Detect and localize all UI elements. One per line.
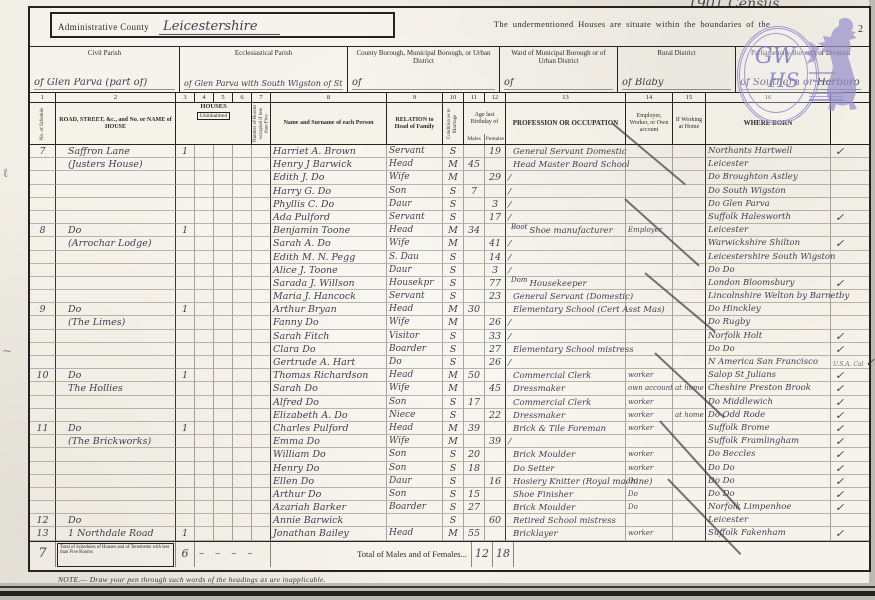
check-cell: ✓ — [831, 462, 869, 475]
occupation-text: General Servant (Domestic) — [513, 292, 633, 302]
occupation-cell: Retired School mistress — [506, 514, 626, 527]
where-born-cell: N America San Francisco — [706, 356, 831, 369]
where-born-cell: Salop St Julians — [706, 369, 831, 382]
uninhabited-notoccupied-cell — [214, 158, 233, 171]
age-male-cell — [464, 514, 485, 527]
occupation-text: Dressmaker — [513, 384, 565, 394]
working-at-home-cell — [673, 158, 706, 171]
age-female-cell — [485, 369, 506, 382]
road-house-cell — [56, 343, 176, 356]
working-at-home-cell — [673, 264, 706, 277]
relation-cell: Niece — [387, 409, 443, 422]
age-male-cell — [464, 343, 485, 356]
uninhabited-occupied-cell — [195, 224, 214, 237]
relation-cell: Head — [387, 303, 443, 316]
page-number: 2 — [858, 24, 863, 35]
age-male-cell — [464, 475, 485, 488]
condition-cell: S — [443, 448, 464, 461]
pen-mark: ∕ — [507, 251, 511, 264]
road-house-cell: Do — [56, 422, 176, 435]
inhabited-cell — [176, 251, 195, 264]
uninhabited-notoccupied-cell — [214, 396, 233, 409]
uninhabited-occupied-cell — [195, 382, 214, 395]
relation-cell: Housekpr — [387, 277, 443, 290]
occupation-cell: ∕ — [506, 251, 626, 264]
inhabited-cell — [176, 356, 195, 369]
column-header-row: 1 No. of Schedule 2 ROAD, STREET, &c., a… — [30, 93, 869, 145]
occupation-text: Commercial Clerk — [513, 371, 591, 381]
age-male-cell — [464, 382, 485, 395]
check-cell — [831, 303, 869, 316]
check-cell: ✓ — [831, 422, 869, 435]
occupation-cell: Brick Moulder — [506, 448, 626, 461]
road-house-cell: (The Limes) — [56, 316, 176, 329]
where-born-cell: Do Do — [706, 475, 831, 488]
road-house-cell: Do — [56, 514, 176, 527]
condition-cell: S — [443, 488, 464, 501]
age-female-cell: 33 — [485, 330, 506, 343]
check-cell: ✓ — [831, 369, 869, 382]
road-house-cell — [56, 185, 176, 198]
check-cell — [831, 514, 869, 527]
occupation-cell: ∕ — [506, 198, 626, 211]
occupation-cell: ∕ — [506, 316, 626, 329]
age-male-cell: 27 — [464, 501, 485, 514]
occupation-text: Head Master Board School — [513, 160, 630, 170]
col-margin — [831, 93, 869, 144]
inhabited-cell: 1 — [176, 224, 195, 237]
rooms-cell — [252, 330, 271, 343]
age-male-cell — [464, 198, 485, 211]
uninhabited-occupied-cell — [195, 488, 214, 501]
rooms-cell — [252, 185, 271, 198]
age-female-cell: 29 — [485, 171, 506, 184]
employer-cell: Do — [626, 488, 673, 501]
age-male-cell — [464, 435, 485, 448]
tick-mark: ✓ — [835, 382, 844, 395]
occupation-text: Housekeeper — [529, 279, 586, 289]
parliamentary-value: of Southern or Harboro — [740, 78, 861, 90]
schedule-number: 7 — [30, 145, 56, 158]
relation-cell: Head — [387, 422, 443, 435]
building-cell — [233, 264, 252, 277]
person-name: Ellen Do — [271, 475, 387, 488]
building-cell — [233, 303, 252, 316]
totals-row: 7 Total of Schedules of Houses and of Te… — [30, 541, 869, 567]
where-born-cell: Do Broughton Astley — [706, 171, 831, 184]
col-num-10: 10 — [443, 93, 463, 103]
tick-mark: ✓ — [835, 369, 844, 382]
schedule-number — [30, 185, 56, 198]
check-cell: ✓ — [831, 527, 869, 540]
road-house-cell: (The Brickworks) — [56, 435, 176, 448]
person-name: Gertrude A. Hart — [271, 356, 387, 369]
schedule-number — [30, 264, 56, 277]
occupation-cell: Brick Moulder — [506, 501, 626, 514]
occupation-correction: Boot — [511, 223, 527, 231]
relation-cell: Daur — [387, 264, 443, 277]
occupation-text: Shoe Finisher — [513, 490, 573, 500]
age-female-cell — [485, 527, 506, 540]
occupation-cell: ∕ — [506, 171, 626, 184]
building-cell — [233, 158, 252, 171]
age-subheaders: Males Females — [464, 134, 505, 144]
inhabited-cell — [176, 264, 195, 277]
rooms-cell — [252, 435, 271, 448]
occupation-cell: Elementary School (Cert Asst Mas) — [506, 303, 626, 316]
schedule-number — [30, 171, 56, 184]
working-at-home-cell — [673, 237, 706, 250]
uninhabited-occupied-cell — [195, 369, 214, 382]
where-born-cell: Do Hinckley — [706, 303, 831, 316]
schedule-number — [30, 356, 56, 369]
tick-mark: ✓ — [835, 475, 844, 488]
age-male-cell: 34 — [464, 224, 485, 237]
age-female-cell — [485, 158, 506, 171]
rooms-cell — [252, 303, 271, 316]
tick-mark: ✓ — [835, 448, 844, 461]
col-num-9: 9 — [387, 93, 442, 103]
parliamentary-label: Parliamentary Borough or Division — [739, 49, 862, 57]
where-born-cell: Warwickshire Shilton — [706, 237, 831, 250]
condition-cell: M — [443, 158, 464, 171]
building-cell — [233, 171, 252, 184]
age-female-cell: 60 — [485, 514, 506, 527]
rooms-cell — [252, 356, 271, 369]
where-born-cell: Do Glen Parva — [706, 198, 831, 211]
check-cell: ✓ — [831, 448, 869, 461]
rooms-cell — [252, 475, 271, 488]
tick-mark: ✓ — [835, 422, 844, 435]
uninhabited-notoccupied-cell — [214, 448, 233, 461]
relation-cell: S. Dau — [387, 251, 443, 264]
relation-cell: Wife — [387, 382, 443, 395]
col-num-12: 12 — [485, 93, 505, 102]
occupation-cell: Head Master Board School — [506, 158, 626, 171]
building-cell — [233, 198, 252, 211]
civil-parish-label: Civil Parish — [33, 49, 176, 57]
relation-cell: Son — [387, 448, 443, 461]
col-occupation: 13 PROFESSION OR OCCUPATION — [506, 93, 626, 144]
occupation-text: General Servant Domestic — [513, 147, 627, 157]
working-at-home-cell — [673, 475, 706, 488]
check-cell: ✓ — [831, 488, 869, 501]
ward-value: of — [504, 78, 613, 90]
occupation-correction: Dom — [511, 276, 527, 284]
where-born-cell: Leicestershire South Wigston — [706, 251, 831, 264]
schedule-number: 13 — [30, 527, 56, 540]
relation-cell: Servant — [387, 290, 443, 303]
person-name: Henry J Barwick — [271, 158, 387, 171]
col-condition-label: Condition as to Marriage — [446, 103, 460, 144]
uninhabited-occupied-cell — [195, 475, 214, 488]
uninhabited-occupied-cell — [195, 251, 214, 264]
check-cell: ✓ — [831, 501, 869, 514]
working-at-home-cell — [673, 356, 706, 369]
condition-cell: S — [443, 343, 464, 356]
age-females-label: Females — [485, 134, 505, 144]
pencil-note: U.S.A. Cal — [833, 361, 863, 368]
occupation-text: Bricklayer — [513, 529, 558, 539]
age-male-cell — [464, 330, 485, 343]
check-cell: ✓ — [831, 435, 869, 448]
schedule-number — [30, 330, 56, 343]
road-house-cell — [56, 396, 176, 409]
age-male-cell: 55 — [464, 527, 485, 540]
employer-cell — [626, 330, 673, 343]
col-num-16: 16 — [706, 93, 830, 103]
working-at-home-cell — [673, 224, 706, 237]
inhabited-cell — [176, 409, 195, 422]
relation-cell: Wife — [387, 316, 443, 329]
col-num-3: 3 — [176, 93, 195, 102]
occupation-cell: ∕ — [506, 237, 626, 250]
bottom-rule-thick — [0, 591, 875, 596]
uninhabited-occupied-cell — [195, 171, 214, 184]
uninhabited-occupied-cell — [195, 145, 214, 158]
uninhabited-label: Uninhabited — [197, 112, 230, 120]
totals-box: Total of Schedules of Houses and of Tene… — [56, 542, 176, 567]
check-cell: ✓ — [831, 409, 869, 422]
relation-cell: Daur — [387, 475, 443, 488]
occupation-text: Brick Moulder — [513, 450, 575, 460]
building-cell — [233, 396, 252, 409]
totals-dashes: – – – – — [195, 542, 271, 567]
occupation-cell: ∕ — [506, 435, 626, 448]
where-born-cell: Leicester — [706, 224, 831, 237]
inhabited-cell — [176, 277, 195, 290]
uninhabited-notoccupied-cell — [214, 224, 233, 237]
rooms-cell — [252, 462, 271, 475]
check-cell: ✓ — [831, 475, 869, 488]
parliamentary-cell: Parliamentary Borough or Division of Sou… — [736, 47, 865, 92]
person-name: Sarah Fitch — [271, 330, 387, 343]
road-house-cell — [56, 264, 176, 277]
tick-mark: ✓ — [835, 145, 844, 158]
working-at-home-cell — [673, 198, 706, 211]
schedule-number — [30, 343, 56, 356]
working-at-home-cell — [673, 514, 706, 527]
condition-cell: M — [443, 382, 464, 395]
person-name: Charles Pulford — [271, 422, 387, 435]
county-borough-value: of — [352, 78, 495, 90]
ecclesiastical-parish-cell: Ecclesiastical Parish of Glen Parva with… — [180, 47, 348, 92]
person-name: Sarada J. Willson — [271, 277, 387, 290]
employer-cell — [626, 251, 673, 264]
tick-mark: ✓ — [835, 409, 844, 422]
building-cell — [233, 251, 252, 264]
road-house-cell: 1 Northdale Road — [56, 527, 176, 540]
condition-cell: S — [443, 251, 464, 264]
col-num-8: 8 — [271, 93, 386, 103]
road-house-cell — [56, 409, 176, 422]
person-name: Alfred Do — [271, 396, 387, 409]
tick-mark: ✓ — [835, 501, 844, 514]
age-male-cell: 17 — [464, 396, 485, 409]
where-born-cell: Do Do — [706, 264, 831, 277]
age-female-cell — [485, 422, 506, 435]
age-male-cell — [464, 356, 485, 369]
check-cell — [831, 198, 869, 211]
condition-cell: M — [443, 527, 464, 540]
building-cell — [233, 290, 252, 303]
inhabited-cell — [176, 514, 195, 527]
person-name: Edith J. Do — [271, 171, 387, 184]
road-house-cell — [56, 488, 176, 501]
relation-cell: Son — [387, 185, 443, 198]
building-cell — [233, 277, 252, 290]
condition-cell: M — [443, 369, 464, 382]
uninhabited-notoccupied-cell — [214, 211, 233, 224]
age-female-cell — [485, 224, 506, 237]
where-born-cell: Do Beccles — [706, 448, 831, 461]
schedule-number: 10 — [30, 369, 56, 382]
age-female-cell: 77 — [485, 277, 506, 290]
condition-cell: S — [443, 290, 464, 303]
building-cell — [233, 527, 252, 540]
condition-cell: M — [443, 303, 464, 316]
rooms-cell — [252, 396, 271, 409]
inhabited-cell — [176, 185, 195, 198]
tick-mark: ✓ — [835, 396, 844, 409]
relation-cell: Head — [387, 224, 443, 237]
where-born-cell: Lincolnshire Welton by Barnetby — [706, 290, 831, 303]
col-num-1: 1 — [30, 93, 55, 103]
age-female-cell: 14 — [485, 251, 506, 264]
rooms-cell — [252, 488, 271, 501]
uninhabited-occupied-cell — [195, 158, 214, 171]
uninhabited-occupied-cell — [195, 409, 214, 422]
age-male-cell: 18 — [464, 462, 485, 475]
age-male-cell — [464, 316, 485, 329]
road-house-cell — [56, 501, 176, 514]
age-female-cell: 26 — [485, 316, 506, 329]
uninhabited-occupied-cell — [195, 198, 214, 211]
schedule-number — [30, 462, 56, 475]
age-female-cell: 22 — [485, 409, 506, 422]
uninhabited-notoccupied-cell — [214, 475, 233, 488]
building-cell — [233, 237, 252, 250]
building-cell — [233, 448, 252, 461]
tick-mark: ✓ — [835, 330, 844, 343]
age-male-cell — [464, 251, 485, 264]
col-rooms: 7 Number of Rooms occupied if less than … — [252, 93, 271, 144]
uninhabited-notoccupied-cell — [214, 290, 233, 303]
age-female-cell — [485, 303, 506, 316]
rooms-cell — [252, 277, 271, 290]
check-cell — [831, 316, 869, 329]
where-born-cell: Cheshire Preston Brook — [706, 382, 831, 395]
inhabited-cell — [176, 290, 195, 303]
uninhabited-notoccupied-cell — [214, 330, 233, 343]
rooms-cell — [252, 198, 271, 211]
road-house-cell — [56, 462, 176, 475]
uninhabited-notoccupied-cell — [214, 422, 233, 435]
relation-cell: Head — [387, 369, 443, 382]
relation-cell: Son — [387, 462, 443, 475]
person-name: Sarah A. Do — [271, 237, 387, 250]
building-cell — [233, 369, 252, 382]
schedule-number — [30, 251, 56, 264]
col-age-group: 11 12 Age last Birthday of Males Females — [464, 93, 506, 144]
schedule-number — [30, 448, 56, 461]
rooms-cell — [252, 158, 271, 171]
tick-mark: ✓ — [835, 527, 844, 540]
ward-cell: Ward of Municipal Borough or of Urban Di… — [500, 47, 618, 92]
road-house-cell: The Hollies — [56, 382, 176, 395]
condition-cell: S — [443, 356, 464, 369]
occupation-cell: Brick & Tile Foreman — [506, 422, 626, 435]
uninhabited-occupied-cell — [195, 396, 214, 409]
age-female-cell: 19 — [485, 145, 506, 158]
totals-margin-number: 7 — [30, 542, 56, 567]
inhabited-cell: 1 — [176, 369, 195, 382]
age-male-cell — [464, 277, 485, 290]
col-born: 16 WHERE BORN — [706, 93, 831, 144]
civil-parish-cell: Civil Parish of Glen Parva (part of) — [30, 47, 180, 92]
schedule-number — [30, 290, 56, 303]
check-cell: ✓ — [831, 145, 869, 158]
county-borough-label: County Borough, Municipal Borough, or Ur… — [351, 49, 496, 66]
uninhabited-occupied-cell — [195, 448, 214, 461]
schedule-number — [30, 211, 56, 224]
rooms-cell — [252, 264, 271, 277]
check-cell: ✓ — [831, 237, 869, 250]
col-margin-label — [831, 103, 869, 144]
totals-males-females-label: Total of Males and of Females... — [271, 542, 472, 567]
schedule-number — [30, 488, 56, 501]
building-cell — [233, 462, 252, 475]
inhabited-cell — [176, 448, 195, 461]
person-name: Harriet A. Brown — [271, 145, 387, 158]
condition-cell: S — [443, 409, 464, 422]
road-house-cell — [56, 475, 176, 488]
working-at-home-cell — [673, 343, 706, 356]
age-female-cell: 16 — [485, 475, 506, 488]
age-male-cell: 30 — [464, 303, 485, 316]
person-name: Clara Do — [271, 343, 387, 356]
inhabited-cell — [176, 488, 195, 501]
occupation-text: Commercial Clerk — [513, 398, 591, 408]
occupation-text: Brick Moulder — [513, 503, 575, 513]
relation-cell: Wife — [387, 171, 443, 184]
employer-cell: worker — [626, 462, 673, 475]
where-born-cell: Leicester — [706, 158, 831, 171]
rooms-cell — [252, 527, 271, 540]
employer-cell: worker — [626, 409, 673, 422]
person-name: Benjamin Toone — [271, 224, 387, 237]
road-house-cell — [56, 330, 176, 343]
uninhabited-occupied-cell — [195, 185, 214, 198]
age-male-cell: 45 — [464, 158, 485, 171]
occupation-cell: Shoe Finisher — [506, 488, 626, 501]
rooms-cell — [252, 514, 271, 527]
tick-mark: ✓ — [835, 488, 844, 501]
check-cell: ✓ — [831, 343, 869, 356]
person-name: Maria J. Hancock — [271, 290, 387, 303]
age-female-cell — [485, 448, 506, 461]
pen-mark: ∕ — [507, 331, 511, 344]
totals-box-label: Total of Schedules of Houses and of Tene… — [57, 543, 174, 567]
person-name: Phyllis C. Do — [271, 198, 387, 211]
condition-cell: S — [443, 462, 464, 475]
inhabited-cell: 1 — [176, 527, 195, 540]
schedule-number — [30, 382, 56, 395]
working-at-home-cell: at home — [673, 409, 706, 422]
uninhabited-notoccupied-cell — [214, 237, 233, 250]
occupation-cell: General Servant (Domestic) — [506, 290, 626, 303]
uninhabited-occupied-cell — [195, 264, 214, 277]
